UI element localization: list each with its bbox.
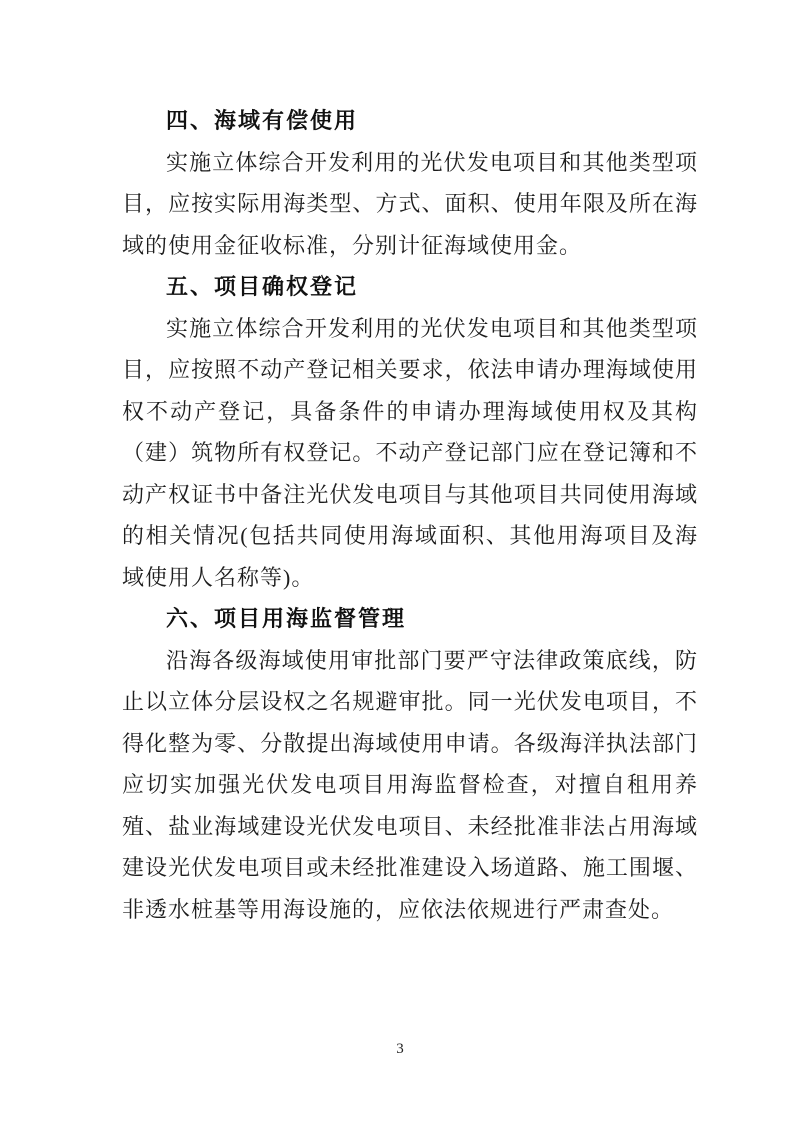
section-paragraph: 实施立体综合开发利用的光伏发电项目和其他类型项目，应按照不动产登记相关要求，依法… (122, 308, 698, 599)
page-footer: 3 (0, 1040, 800, 1058)
section-heading-sea-use-supervision: 六、项目用海监督管理 (122, 598, 698, 640)
section-paragraph: 沿海各级海域使用审批部门要严守法律政策底线，防止以立体分层设权之名规避审批。同一… (122, 640, 698, 931)
section-heading-project-right-registration: 五、项目确权登记 (122, 266, 698, 308)
section-heading-sea-area-paid-use: 四、海域有偿使用 (122, 100, 698, 142)
page-number: 3 (396, 1041, 404, 1057)
document-page: 四、海域有偿使用 实施立体综合开发利用的光伏发电项目和其他类型项目，应按实际用海… (0, 0, 800, 1131)
section-paragraph: 实施立体综合开发利用的光伏发电项目和其他类型项目，应按实际用海类型、方式、面积、… (122, 142, 698, 267)
document-body: 四、海域有偿使用 实施立体综合开发利用的光伏发电项目和其他类型项目，应按实际用海… (122, 100, 698, 930)
